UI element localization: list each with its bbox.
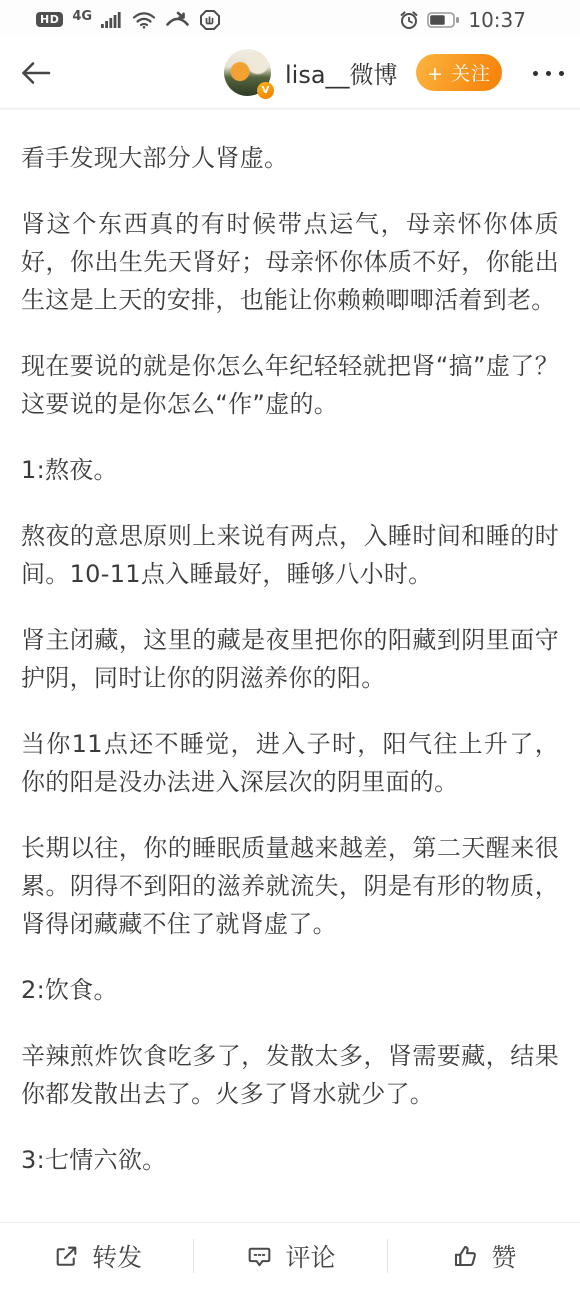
- comment-icon: [244, 1241, 275, 1272]
- avatar[interactable]: V: [224, 49, 271, 96]
- post-paragraph: 现在要说的就是你怎么年纪轻轻就把肾“搞”虚了？这要说的是你怎么“作”虚的。: [21, 347, 559, 423]
- post-header: V lisa__微博 + 关注: [0, 37, 580, 109]
- status-bar-left: HD 4G: [36, 9, 221, 31]
- post-paragraph: 熬夜的意思原则上来说有两点，入睡时间和睡的时间。10-11点入睡最好，睡够八小时…: [21, 517, 559, 593]
- verified-badge-icon: V: [257, 82, 274, 99]
- follow-button[interactable]: + 关注: [416, 54, 502, 91]
- post-paragraph: 3:七情六欲。: [21, 1141, 559, 1179]
- thumbs-up-icon: [450, 1241, 481, 1272]
- dot-icon: [546, 71, 551, 76]
- like-button[interactable]: 赞: [387, 1223, 580, 1289]
- status-bar-right: 10:37: [399, 8, 526, 32]
- post-paragraph: 1:熬夜。: [21, 451, 559, 489]
- network-type-label: 4G: [72, 10, 92, 23]
- post-paragraph: 肾这个东西真的有时候带点运气，母亲怀你体质好，你出生先天肾好；母亲怀你体质不好，…: [21, 205, 559, 319]
- dot-icon: [533, 71, 538, 76]
- post-paragraph: 看手发现大部分人肾虚。: [21, 139, 559, 177]
- post-paragraph: 当你11点还不睡觉，进入子时，阳气往上升了，你的阳是没办法进入深层次的阴里面的。: [21, 725, 559, 801]
- like-label: 赞: [491, 1238, 516, 1274]
- comment-label: 评论: [285, 1238, 335, 1274]
- repost-button[interactable]: 转发: [0, 1223, 193, 1289]
- repost-label: 转发: [92, 1238, 142, 1274]
- post-paragraph: 辛辣煎炸饮食吃多了，发散太多，肾需要藏，结果你都发散出去了。火多了肾水就少了。: [21, 1037, 559, 1113]
- post-paragraph: 肾主闭藏，这里的藏是夜里把你的阳藏到阴里面守护阴，同时让你的阴滋养你的阳。: [21, 621, 559, 697]
- do-not-disturb-icon: [199, 9, 221, 31]
- dot-icon: [559, 71, 564, 76]
- repost-icon: [51, 1241, 82, 1272]
- clock-time: 10:37: [468, 8, 526, 32]
- battery-icon: [427, 12, 460, 28]
- post-paragraph: 长期以往，你的睡眠质量越来越差，第二天醒来很累。阴得不到阳的滋养就流失，阴是有形…: [21, 829, 559, 943]
- post-body: 看手发现大部分人肾虚。肾这个东西真的有时候带点运气，母亲怀你体质好，你出生先天肾…: [0, 109, 580, 1179]
- status-bar: HD 4G: [0, 0, 580, 37]
- post-paragraph: 2:饮食。: [21, 971, 559, 1009]
- missed-call-icon: [165, 11, 190, 28]
- bottom-action-bar: 转发 评论 赞: [0, 1222, 580, 1289]
- signal-bars-icon: [101, 11, 123, 28]
- more-options-button[interactable]: [531, 65, 566, 82]
- wifi-icon: [132, 11, 156, 29]
- back-button[interactable]: [18, 57, 54, 89]
- alarm-clock-icon: [399, 10, 419, 30]
- hd-badge: HD: [36, 12, 63, 27]
- comment-button[interactable]: 评论: [193, 1223, 386, 1289]
- username[interactable]: lisa__微博: [285, 55, 398, 90]
- user-group: V lisa__微博: [224, 49, 398, 96]
